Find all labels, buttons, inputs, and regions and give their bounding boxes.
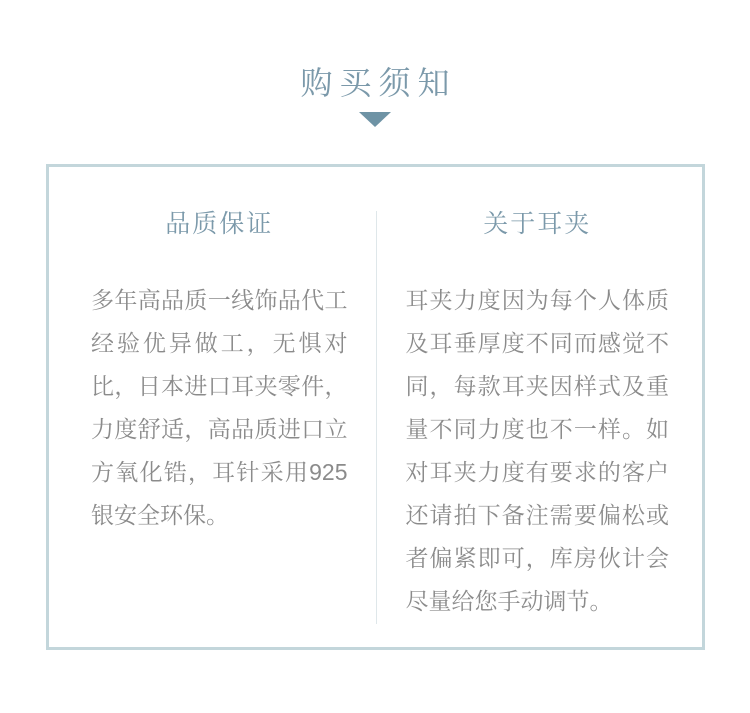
quality-body-text: 多年高品质一线饰品代工经验优异做工，无惧对比，日本进口耳夹零件，力度舒适，高品质… [91,279,348,537]
purchase-notice-section: 购买须知 品质保证 多年高品质一线饰品代工经验优异做工，无惧对比，日本进口耳夹零… [0,0,750,713]
column-divider [376,211,377,624]
triangle-down-icon [359,112,391,127]
earclip-heading: 关于耳夹 [406,208,670,241]
notice-column-earclip: 关于耳夹 耳夹力度因为每个人体质及耳垂厚度不同而感觉不同，每款耳夹因样式及重量不… [376,167,703,647]
section-title: 购买须知 [0,64,750,102]
notice-column-quality: 品质保证 多年高品质一线饰品代工经验优异做工，无惧对比，日本进口耳夹零件，力度舒… [49,167,376,647]
quality-heading: 品质保证 [91,208,348,241]
earclip-body-text: 耳夹力度因为每个人体质及耳垂厚度不同而感觉不同，每款耳夹因样式及重量不同力度也不… [406,279,670,623]
notice-box: 品质保证 多年高品质一线饰品代工经验优异做工，无惧对比，日本进口耳夹零件，力度舒… [46,164,705,650]
